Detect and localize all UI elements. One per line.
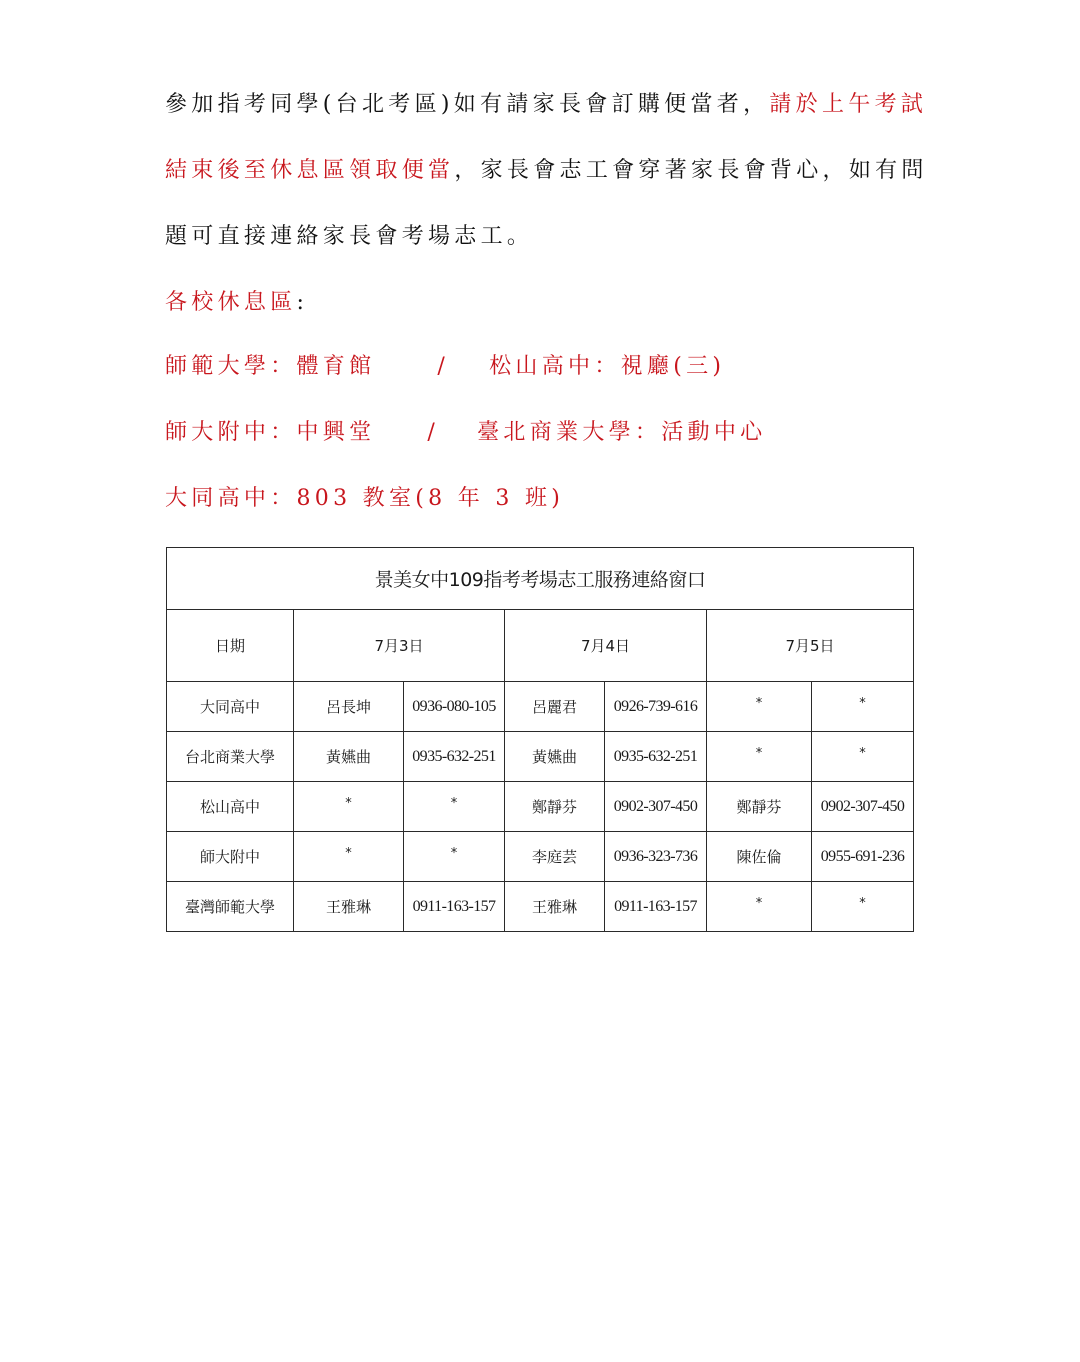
- volunteer-name: *: [707, 679, 812, 729]
- intro-highlight: 請於上午考試: [769, 92, 927, 117]
- separator: /: [427, 420, 439, 445]
- table-row: 台北商業大學 黃嬿曲 0935-632-251 黃嬿曲 0935-632-251…: [167, 732, 914, 782]
- volunteer-phone: 0936-323-736: [605, 832, 707, 882]
- intro-text: 參加指考同學(台北考區)如有請家長會訂購便當者，: [165, 92, 769, 117]
- date-jul-4: 7月4日: [505, 610, 707, 682]
- table-title: 景美女中109指考考場志工服務連絡窗口: [167, 548, 914, 610]
- school-name: 師大附中: [167, 832, 294, 882]
- volunteer-name: 呂麗君: [505, 682, 605, 732]
- volunteer-name: 鄭靜芬: [707, 782, 812, 832]
- table-row: 大同高中 呂長坤 0936-080-105 呂麗君 0926-739-616 *…: [167, 682, 914, 732]
- intro-text: ，家長會志工會穿著家長會背心，如有問: [454, 158, 927, 183]
- volunteer-name: 李庭芸: [505, 832, 605, 882]
- rest-area-songshan: 松山高中：視廳(三): [489, 354, 725, 379]
- rest-area-row-2: 師大附中：中興堂/臺北商業大學：活動中心: [165, 418, 766, 448]
- volunteer-phone: 0935-632-251: [404, 732, 505, 782]
- separator: /: [437, 354, 449, 379]
- rest-area-shida: 師範大學：體育館: [165, 354, 375, 379]
- volunteer-phone: *: [404, 779, 505, 829]
- intro-text: 題可直接連絡家長會考場志工。: [165, 224, 533, 249]
- date-jul-3: 7月3日: [294, 610, 505, 682]
- rest-area-ntub: 臺北商業大學：活動中心: [477, 420, 766, 445]
- school-name: 台北商業大學: [167, 732, 294, 782]
- volunteer-name: *: [707, 879, 812, 929]
- rest-area-row-1: 師範大學：體育館/松山高中：視廳(三): [165, 352, 725, 382]
- rest-area-hsnu: 師大附中：中興堂: [165, 420, 375, 445]
- volunteer-phone: 0935-632-251: [605, 732, 707, 782]
- volunteer-phone: 0911-163-157: [605, 882, 707, 932]
- volunteer-phone: *: [812, 729, 914, 779]
- date-jul-5: 7月5日: [707, 610, 914, 682]
- volunteer-phone: 0955-691-236: [812, 832, 914, 882]
- rest-area-heading-text: 各校休息區: [165, 290, 297, 315]
- table-row: 師大附中 * * 李庭芸 0936-323-736 陳佐倫 0955-691-2…: [167, 832, 914, 882]
- table-row: 臺灣師範大學 王雅琳 0911-163-157 王雅琳 0911-163-157…: [167, 882, 914, 932]
- table-header-row: 日期 7月3日 7月4日 7月5日: [167, 610, 914, 682]
- school-name: 松山高中: [167, 782, 294, 832]
- volunteer-phone: 0902-307-450: [605, 782, 707, 832]
- table-title-row: 景美女中109指考考場志工服務連絡窗口: [167, 548, 914, 610]
- rest-area-datong: 大同高中：803 教室(8 年 3 班): [165, 486, 564, 511]
- volunteer-name: 黃嬿曲: [505, 732, 605, 782]
- volunteer-name: 黃嬿曲: [294, 732, 404, 782]
- volunteer-name: *: [707, 729, 812, 779]
- volunteer-phone: *: [404, 829, 505, 879]
- school-name: 大同高中: [167, 682, 294, 732]
- volunteer-name: 呂長坤: [294, 682, 404, 732]
- heading-colon: :: [297, 290, 309, 315]
- intro-highlight: 結束後至休息區領取便當: [165, 158, 454, 183]
- volunteer-phone: 0902-307-450: [812, 782, 914, 832]
- table-row: 松山高中 * * 鄭靜芬 0902-307-450 鄭靜芬 0902-307-4…: [167, 782, 914, 832]
- date-label: 日期: [167, 610, 294, 682]
- volunteer-phone: 0936-080-105: [404, 682, 505, 732]
- volunteer-name: 陳佐倫: [707, 832, 812, 882]
- intro-line-2: 結束後至休息區領取便當，家長會志工會穿著家長會背心，如有問: [165, 156, 928, 186]
- intro-line-1: 參加指考同學(台北考區)如有請家長會訂購便當者，請於上午考試: [165, 90, 927, 120]
- volunteer-phone: 0926-739-616: [605, 682, 707, 732]
- rest-area-heading: 各校休息區:: [165, 288, 308, 318]
- rest-area-row-3: 大同高中：803 教室(8 年 3 班): [165, 484, 564, 514]
- volunteer-name: 王雅琳: [294, 882, 404, 932]
- volunteer-phone: *: [812, 879, 914, 929]
- volunteer-phone: 0911-163-157: [404, 882, 505, 932]
- volunteer-name: *: [294, 829, 404, 879]
- volunteer-phone: *: [812, 679, 914, 729]
- volunteer-name: 鄭靜芬: [505, 782, 605, 832]
- school-name: 臺灣師範大學: [167, 882, 294, 932]
- intro-line-3: 題可直接連絡家長會考場志工。: [165, 222, 533, 252]
- volunteer-name: 王雅琳: [505, 882, 605, 932]
- volunteer-contact-table: 景美女中109指考考場志工服務連絡窗口 日期 7月3日 7月4日 7月5日 大同…: [166, 547, 914, 932]
- volunteer-name: *: [294, 779, 404, 829]
